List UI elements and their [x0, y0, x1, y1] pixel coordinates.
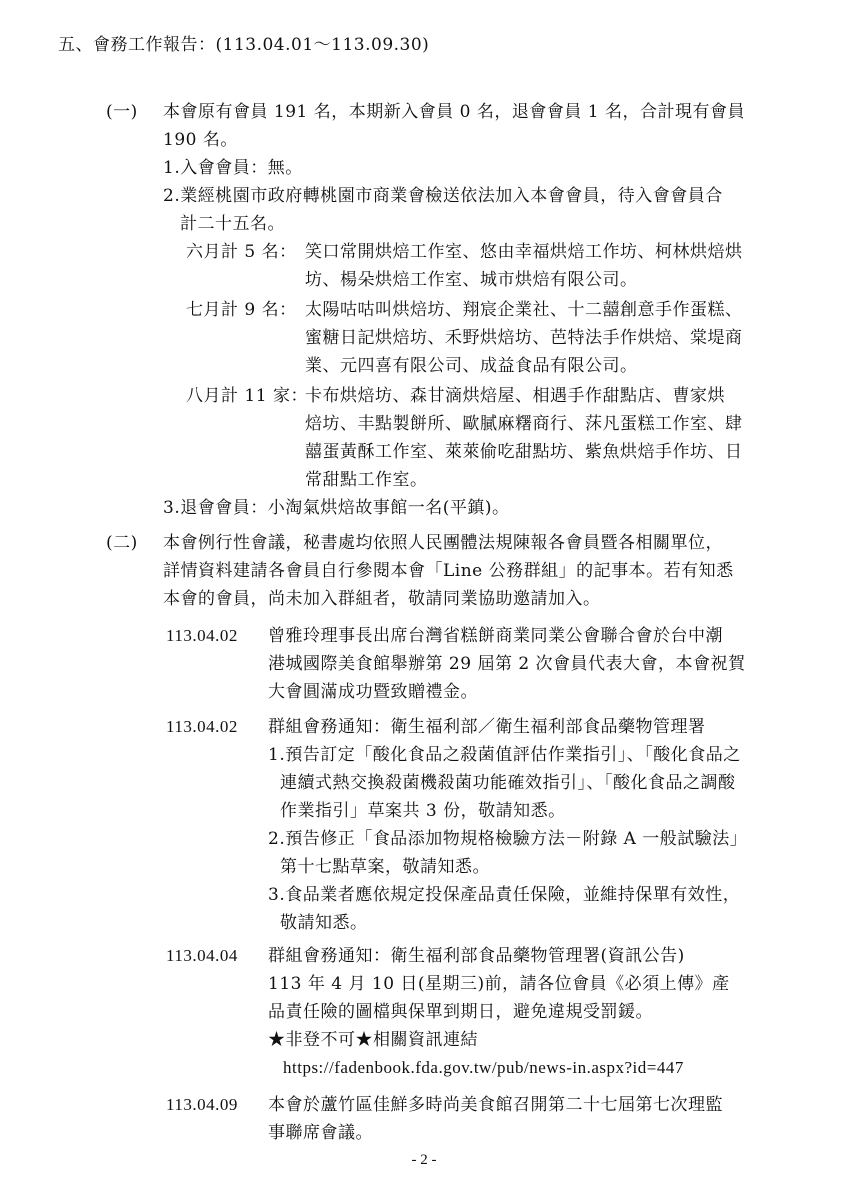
august-list: 焙坊、丰點製餅所、歐膩麻糬商行、莯凡蛋糕工作室、肆: [305, 411, 743, 437]
entry-text: 第十七點草案，敬請知悉。: [280, 854, 490, 880]
august-list: 常甜點工作室。: [305, 467, 428, 493]
june-list: 坊、楊朵烘焙工作室、城市烘焙有限公司。: [305, 267, 638, 293]
june-list: 笑口常開烘焙工作室、悠由幸福烘焙工作坊、柯林烘焙烘: [305, 239, 743, 265]
entry-text: 港城國際美食館舉辦第 29 屆第 2 次會員代表大會，本會祝賀: [268, 651, 746, 677]
july-list: 太陽咕咕叫烘焙坊、翔宸企業社、十二囍創意手作蛋糕、: [305, 297, 743, 323]
part2-label: (二): [106, 530, 138, 556]
entry-text: 群組會務通知：衛生福利部食品藥物管理署(資訊公告): [268, 943, 685, 969]
june-label: 六月計 5 名：: [186, 239, 297, 265]
entry-text: 本會於蘆竹區佳鮮多時尚美食館召開第二十七屆第七次理監: [268, 1092, 723, 1118]
entry-text: 曾雅玲理事長出席台灣省糕餅商業同業公會聯合會於台中潮: [268, 623, 723, 649]
entry-text: 2.預告修正「食品添加物規格檢驗方法－附錄 A 一般試驗法」: [268, 826, 747, 852]
part2-text: 本會的會員，尚未加入群組者，敬請同業協助邀請加入。: [163, 586, 601, 612]
entry-text: 113 年 4 月 10 日(星期三)前，請各位會員《必須上傳》產: [268, 971, 730, 997]
fda-link[interactable]: https://fadenbook.fda.gov.tw/pub/news-in…: [283, 1055, 684, 1081]
entry-date: 113.04.02: [166, 714, 238, 740]
entry-text: 群組會務通知：衛生福利部／衛生福利部食品藥物管理署: [268, 714, 706, 740]
july-list: 蜜糖日記烘焙坊、禾野烘焙坊、芭特法手作烘焙、棠堤商: [305, 325, 743, 351]
part2-text: 本會例行性會議，秘書處均依照人民團體法規陳報各會員暨各相關單位，: [163, 530, 723, 556]
entry-text: 連續式熱交換殺菌機殺菌功能確效指引」、「酸化食品之調酸: [280, 770, 736, 796]
july-label: 七月計 9 名：: [186, 297, 297, 323]
new-members-item: 1.入會會員：無。: [163, 155, 303, 181]
august-list: 卡布烘焙坊、森甘滴烘焙屋、相遇手作甜點店、曹家烘: [305, 383, 725, 409]
entry-text: ★非登不可★相關資訊連結: [268, 1027, 478, 1053]
page-number: - 2 -: [0, 1152, 848, 1169]
part1-label: (一): [106, 99, 138, 125]
pending-members-item: 計二十五名。: [180, 211, 285, 237]
entry-date: 113.04.02: [166, 623, 238, 649]
entry-text: 作業指引」草案共 3 份，敬請知悉。: [280, 798, 566, 824]
entry-text: 敬請知悉。: [280, 910, 368, 936]
pending-members-item: 2.業經桃園市政府轉桃園市商業會檢送依法加入本會會員，待入會會員合: [163, 183, 723, 209]
entry-date: 113.04.09: [166, 1092, 238, 1118]
august-label: 八月計 11 家：: [186, 383, 308, 409]
august-list: 囍蛋黃酥工作室、萊萊偷吃甜點坊、紫魚烘焙手作坊、日: [305, 439, 743, 465]
part2-text: 詳情資料建請各會員自行參閱本會「Line 公務群組」的記事本。若有知悉: [163, 558, 734, 584]
entry-text: 3.食品業者應依規定投保產品責任保險，並維持保單有效性，: [268, 882, 740, 908]
july-list: 業、元四喜有限公司、成益食品有限公司。: [305, 353, 638, 379]
section-heading: 五、會務工作報告：(113.04.01～113.09.30): [58, 32, 429, 58]
entry-text: 品責任險的圖檔與保單到期日，避免違規受罰鍰。: [268, 999, 653, 1025]
entry-text: 大會圓滿成功暨致贈禮金。: [268, 679, 478, 705]
part1-text: 190 名。: [163, 127, 238, 153]
withdrawn-members-item: 3.退會會員：小淘氣烘焙故事館一名(平鎮)。: [163, 495, 509, 521]
entry-text: 事聯席會議。: [268, 1120, 373, 1146]
entry-text: 1.預告訂定「酸化食品之殺菌值評估作業指引」、「酸化食品之: [268, 742, 741, 768]
entry-date: 113.04.04: [166, 943, 238, 969]
part1-text: 本會原有會員 191 名，本期新入會員 0 名，退會會員 1 名，合計現有會員: [163, 99, 745, 125]
